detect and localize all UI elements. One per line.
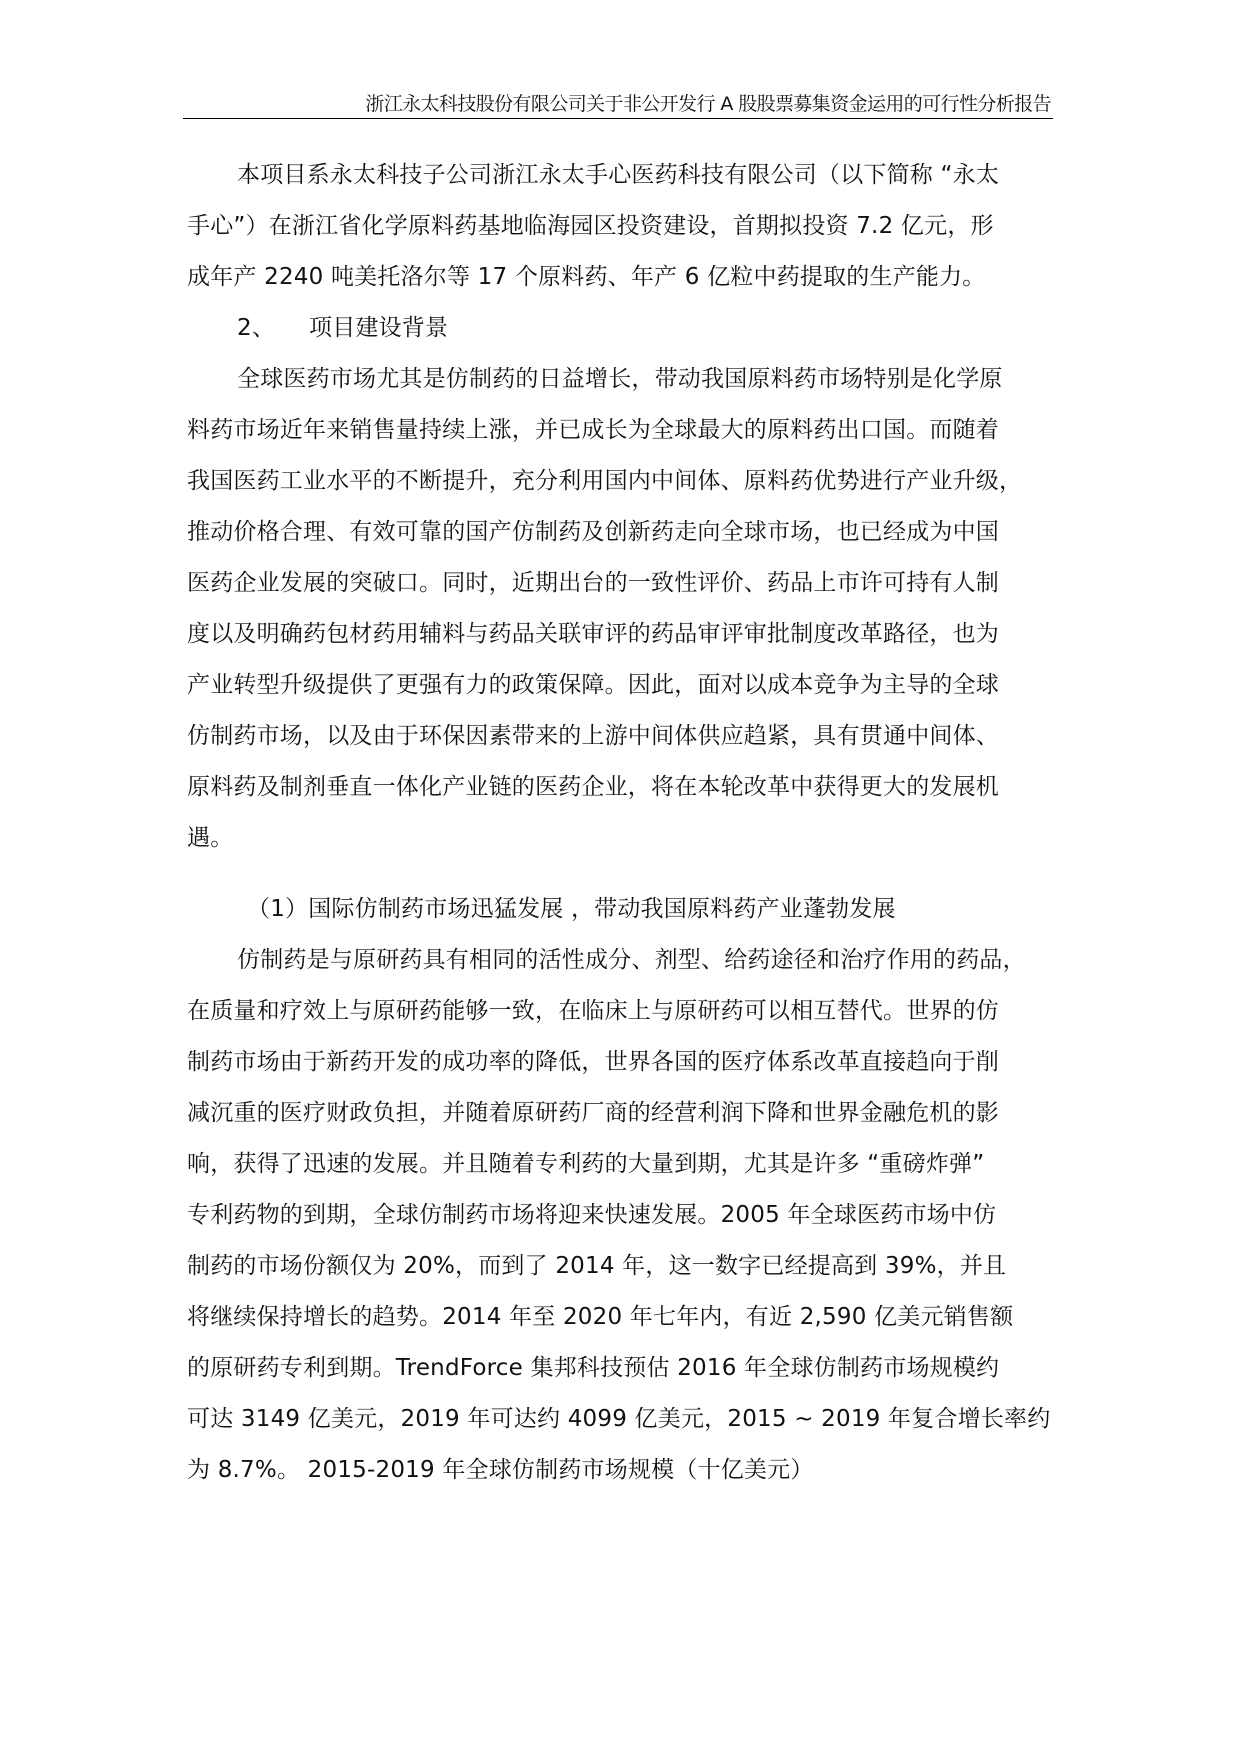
document-body: 本项目系永太科技子公司浙江永太手心医药科技有限公司（以下简称 “永太 手心”）在… <box>187 150 1067 1496</box>
page-header: 浙江永太科技股份有限公司关于非公开发行 A 股股票募集资金运用的可行性分析报告 <box>183 84 1053 119</box>
generic-drug-paragraph: 仿制药是与原研药具有相同的活性成分、剂型、给药途径和治疗作用的药品， 在质量和疗… <box>187 935 1067 1496</box>
text-line: 的原研药专利到期。TrendForce 集邦科技预估 2016 年全球仿制药市场… <box>187 1343 1067 1394</box>
background-paragraph: 全球医药市场尤其是仿制药的日益增长，带动我国原料药市场特别是化学原 料药市场近年… <box>187 354 1067 864</box>
text-line: 遇。 <box>187 813 1067 864</box>
text-line: 我国医药工业水平的不断提升，充分利用国内中间体、原料药优势进行产业升级， <box>187 456 1067 507</box>
text-line: 制药的市场份额仅为 20%，而到了 2014 年，这一数字已经提高到 39%，并… <box>187 1241 1067 1292</box>
text-line: 成年产 2240 吨美托洛尔等 17 个原料药、年产 6 亿粒中药提取的生产能力… <box>187 252 1067 303</box>
text-line: 响，获得了迅速的发展。并且随着专利药的大量到期，尤其是许多 “重磅炸弹” <box>187 1139 1067 1190</box>
text-line: 仿制药是与原研药具有相同的活性成分、剂型、给药途径和治疗作用的药品， <box>187 935 1067 986</box>
text-line: 全球医药市场尤其是仿制药的日益增长，带动我国原料药市场特别是化学原 <box>187 354 1067 405</box>
text-line: 将继续保持增长的趋势。2014 年至 2020 年七年内，有近 2,590 亿美… <box>187 1292 1067 1343</box>
document-title: 浙江永太科技股份有限公司关于非公开发行 A 股股票募集资金运用的可行性分析报告 <box>365 89 1051 116</box>
section-number: 2、 <box>237 303 309 354</box>
text-line: 减沉重的医疗财政负担，并随着原研药厂商的经营利润下降和世界金融危机的影 <box>187 1088 1067 1139</box>
text-line: 制药市场由于新药开发的成功率的降低，世界各国的医疗体系改革直接趋向于削 <box>187 1037 1067 1088</box>
text-line: 仿制药市场，以及由于环保因素带来的上游中间体供应趋紧，具有贯通中间体、 <box>187 711 1067 762</box>
text-line: 为 8.7%。 2015-2019 年全球仿制药市场规模（十亿美元） <box>187 1445 1067 1496</box>
text-line: 医药企业发展的突破口。同时，近期出台的一致性评价、药品上市许可持有人制 <box>187 558 1067 609</box>
subsection-heading: （1）国际仿制药市场迅猛发展 ，带动我国原料药产业蓬勃发展 <box>187 884 1067 935</box>
intro-paragraph: 本项目系永太科技子公司浙江永太手心医药科技有限公司（以下简称 “永太 手心”）在… <box>187 150 1067 303</box>
text-line: 本项目系永太科技子公司浙江永太手心医药科技有限公司（以下简称 “永太 <box>187 150 1067 201</box>
text-line: 产业转型升级提供了更强有力的政策保障。因此，面对以成本竞争为主导的全球 <box>187 660 1067 711</box>
text-line: 原料药及制剂垂直一体化产业链的医药企业，将在本轮改革中获得更大的发展机 <box>187 762 1067 813</box>
section-title: 项目建设背景 <box>309 315 448 341</box>
section-heading: 2、项目建设背景 <box>187 303 1067 354</box>
text-line: 可达 3149 亿美元，2019 年可达约 4099 亿美元，2015 ~ 20… <box>187 1394 1067 1445</box>
text-line: 在质量和疗效上与原研药能够一致，在临床上与原研药可以相互替代。世界的仿 <box>187 986 1067 1037</box>
text-line: 推动价格合理、有效可靠的国产仿制药及创新药走向全球市场，也已经成为中国 <box>187 507 1067 558</box>
text-line: 料药市场近年来销售量持续上涨，并已成长为全球最大的原料药出口国。而随着 <box>187 405 1067 456</box>
text-line: 专利药物的到期，全球仿制药市场将迎来快速发展。2005 年全球医药市场中仿 <box>187 1190 1067 1241</box>
text-line: 度以及明确药包材药用辅料与药品关联审评的药品审评审批制度改革路径，也为 <box>187 609 1067 660</box>
text-line: 手心”）在浙江省化学原料药基地临海园区投资建设，首期拟投资 7.2 亿元，形 <box>187 201 1067 252</box>
